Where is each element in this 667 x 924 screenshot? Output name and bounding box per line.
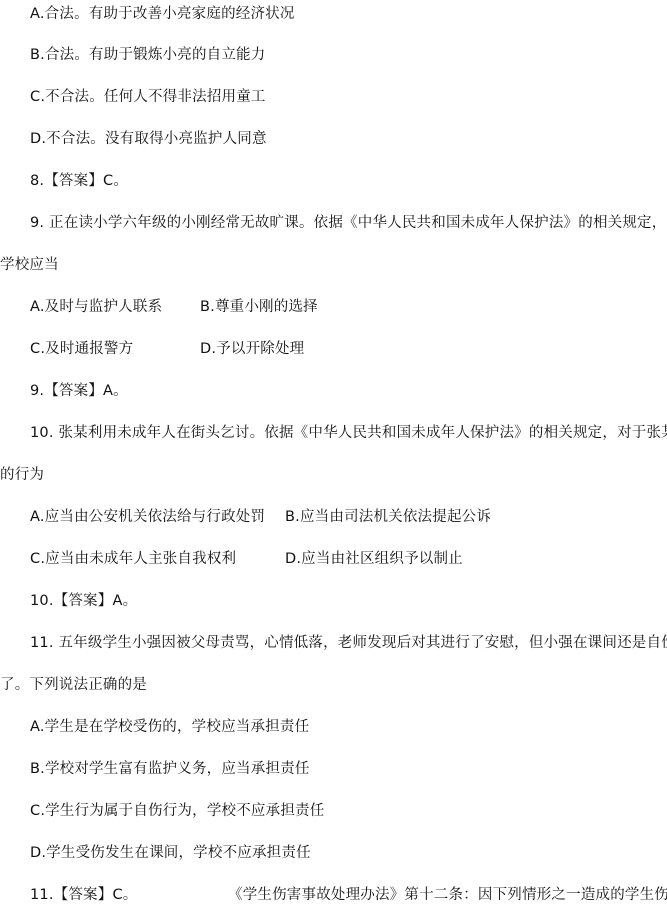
q8-option-a: A.合法。有助于改善小亮家庭的经济状况 [30,4,295,24]
q11-option-c: C.学生行为属于自伤行为，学校不应承担责任 [30,801,324,821]
q11-option-d: D.学生受伤发生在课间，学校不应承担责任 [30,843,311,863]
q11-explanation: 《学生伤害事故处理办法》第十二条：因下列情形之一造成的学生伤 [228,885,667,905]
q9-answer: 9.【答案】A。 [30,381,128,401]
q8-answer: 8.【答案】C。 [30,171,128,191]
q9-stem-continued: 学校应当 [0,255,59,275]
q10-option-a: A.应当由公安机关依法给与行政处罚 [30,507,265,527]
q8-option-c: C.不合法。任何人不得非法招用童工 [30,87,266,107]
q10-stem-continued: 的行为 [0,465,44,485]
q8-option-d: D.不合法。没有取得小亮监护人同意 [30,129,267,149]
q11-answer: 11.【答案】C。 [30,885,137,905]
q11-stem-continued: 了。下列说法正确的是 [0,675,147,695]
q9-stem: 9. 正在读小学六年级的小刚经常无故旷课。依据《中华人民共和国未成年人保护法》的… [30,213,666,233]
q10-stem: 10. 张某利用未成年人在街头乞讨。依据《中华人民共和国未成年人保护法》的相关规… [30,423,667,443]
q10-option-b: B.应当由司法机关依法提起公诉 [285,507,491,527]
q11-option-a: A.学生是在学校受伤的，学校应当承担责任 [30,717,309,737]
q11-option-b: B.学校对学生富有监护义务，应当承担责任 [30,759,310,779]
q9-option-d: D.予以开除处理 [200,339,304,359]
q10-answer: 10.【答案】A。 [30,591,137,611]
q9-option-a: A.及时与监护人联系 [30,297,162,317]
q10-option-d: D.应当由社区组织予以制止 [285,549,463,569]
q9-option-b: B.尊重小刚的选择 [200,297,318,317]
q8-option-b: B.合法。有助于锻炼小亮的自立能力 [30,45,265,65]
q10-option-c: C.应当由未成年人主张自我权利 [30,549,236,569]
q9-option-c: C.及时通报警方 [30,339,133,359]
q11-stem: 11. 五年级学生小强因被父母责骂，心情低落，老师发现后对其进行了安慰，但小强在… [30,633,667,653]
